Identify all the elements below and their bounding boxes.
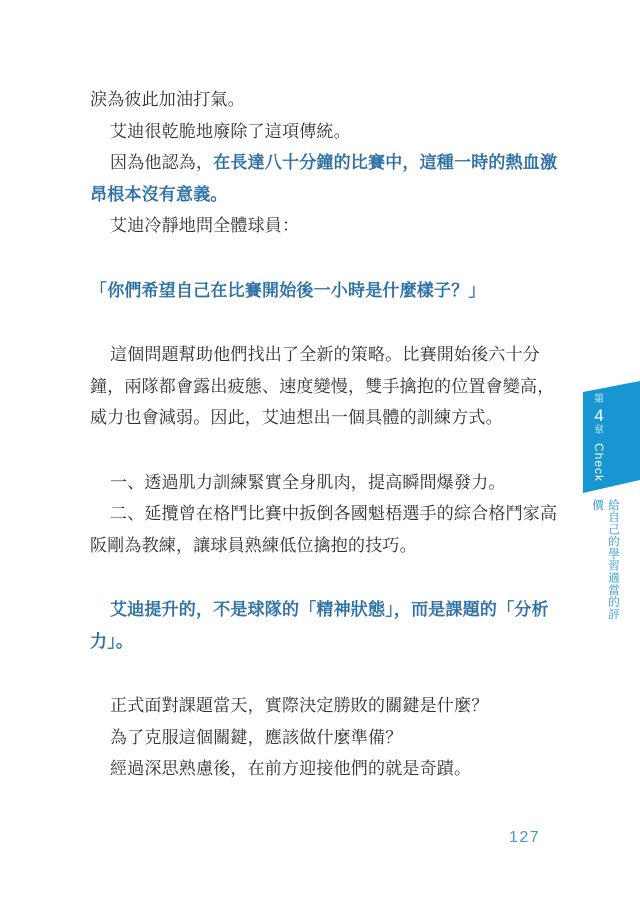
page-text: 淚為彼此加油打氣。艾迪很乾脆地廢除了這項傳統。因為他認為，在長達八十分鐘的比賽中… bbox=[90, 84, 562, 785]
chapter-suffix: 章 bbox=[594, 425, 604, 437]
body-text: 阪剛為教練，讓球員熟練低位擒抱的技巧。 bbox=[90, 536, 417, 555]
text-line: 艾迪提升的，不是球隊的「精神狀態」，而是課題的「分析 bbox=[90, 594, 562, 626]
text-line: 因為他認為，在長達八十分鐘的比賽中，這種一時的熱血激 bbox=[90, 147, 562, 179]
text-line: 正式面對課題當天，實際決定勝敗的關鍵是什麼？ bbox=[90, 690, 562, 722]
text-line: 阪剛為教練，讓球員熟練低位擒抱的技巧。 bbox=[90, 530, 562, 562]
text-line: 經過深思熟慮後，在前方迎接他們的就是奇蹟。 bbox=[90, 753, 562, 785]
body-text: 這個問題幫助他們找出了全新的策略。比賽開始後六十分 bbox=[110, 345, 540, 364]
body-text: 艾迪很乾脆地廢除了這項傳統。 bbox=[110, 122, 351, 141]
text-line: 昂根本沒有意義。 bbox=[90, 179, 562, 211]
body-text: 威力也會減弱。因此，艾迪想出一個具體的訓練方式。 bbox=[90, 408, 503, 427]
emphasis-text: 在長達八十分鐘的比賽中，這種一時的熱血激 bbox=[213, 153, 557, 172]
chapter-tab-label: 第 4 章 Check bbox=[586, 394, 612, 482]
body-text: 二、延攬曾在格鬥比賽中扳倒各國魁梧選手的綜合格鬥家高 bbox=[110, 504, 557, 523]
text-line: 為了克服這個關鍵，應該做什麼準備？ bbox=[90, 722, 562, 754]
body-text: 鐘，兩隊都會露出疲態、速度變慢，雙手擒抱的位置會變高， bbox=[90, 377, 554, 396]
text-line: 「你們希望自己在比賽開始後一小時是什麼樣子？」 bbox=[90, 275, 562, 307]
body-text: 因為他認為， bbox=[110, 153, 213, 172]
chapter-tab: 第 4 章 Check bbox=[583, 381, 640, 493]
text-line: 艾迪很乾脆地廢除了這項傳統。 bbox=[90, 116, 562, 148]
page-number: 127 bbox=[509, 829, 540, 847]
emphasis-text: 「你們希望自己在比賽開始後一小時是什麼樣子？」 bbox=[90, 281, 486, 300]
body-text: 正式面對課題當天，實際決定勝敗的關鍵是什麼？ bbox=[110, 696, 488, 715]
text-line: 這個問題幫助他們找出了全新的策略。比賽開始後六十分 bbox=[90, 339, 562, 371]
chapter-number: 4 bbox=[594, 406, 603, 425]
body-text: 經過深思熟慮後，在前方迎接他們的就是奇蹟。 bbox=[110, 759, 471, 778]
text-line: 力」。 bbox=[90, 626, 562, 658]
chapter-prefix: 第 bbox=[594, 394, 604, 406]
text-line: 艾迪冷靜地問全體球員： bbox=[90, 210, 562, 242]
text-line: 二、延攬曾在格鬥比賽中扳倒各國魁梧選手的綜合格鬥家高 bbox=[90, 498, 562, 530]
body-text: 淚為彼此加油打氣。 bbox=[90, 90, 245, 109]
body-text: 一、透過肌力訓練緊實全身肌肉，提高瞬間爆發力。 bbox=[110, 473, 506, 492]
emphasis-text: 昂根本沒有意義。 bbox=[90, 185, 228, 204]
text-line: 淚為彼此加油打氣。 bbox=[90, 84, 562, 116]
chapter-subtitle: 給自己的學習適當的評價 bbox=[589, 499, 621, 627]
emphasis-text: 力」。 bbox=[90, 632, 133, 651]
body-text: 為了克服這個關鍵，應該做什麼準備？ bbox=[110, 728, 402, 747]
body-text: 艾迪冷靜地問全體球員： bbox=[110, 216, 299, 235]
chapter-check-label: Check bbox=[592, 443, 606, 482]
emphasis-text: 艾迪提升的，不是球隊的「精神狀態」，而是課題的「分析 bbox=[110, 600, 549, 619]
text-line: 威力也會減弱。因此，艾迪想出一個具體的訓練方式。 bbox=[90, 402, 562, 434]
text-line: 鐘，兩隊都會露出疲態、速度變慢，雙手擒抱的位置會變高， bbox=[90, 371, 562, 403]
text-line: 一、透過肌力訓練緊實全身肌肉，提高瞬間爆發力。 bbox=[90, 467, 562, 499]
